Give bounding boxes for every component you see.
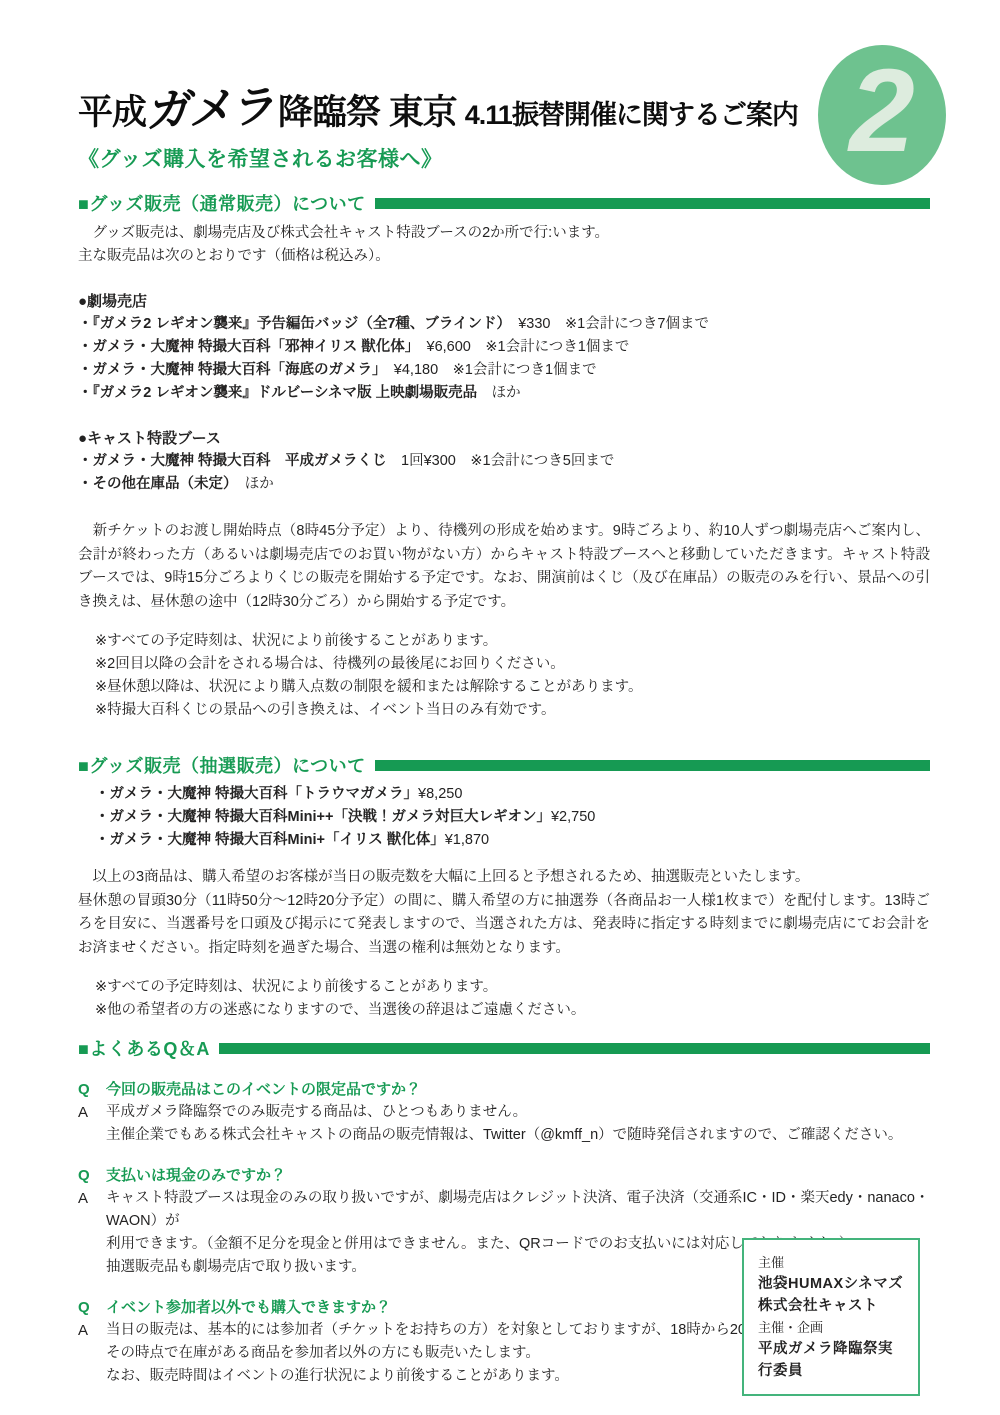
lottery-paragraph: 以上の3商品は、購入希望のお客様が当日の販売数を大幅に上回ると予想されるため、抽… (78, 866, 930, 960)
venue-label-theater-shop: ●劇場売店 (78, 291, 930, 313)
venue-label-cast-booth: ●キャスト特設ブース (78, 428, 930, 450)
audience-note: 《グッズ購入を希望されるお客様へ》 (78, 143, 930, 173)
title-prefix: 平成 (78, 93, 146, 132)
product-item: ・ガメラ・大魔神 特撮大百科Mini++「決戦！ガメラ対巨大レギオン」¥2,75… (95, 806, 930, 829)
answer-line: キャスト特設ブースは現金のみの取り扱いですが、劇場売店はクレジット決済、電子決済… (106, 1187, 930, 1233)
product-item: ・『ガメラ2 レギオン襲来』ドルビーシネマ版 上映劇場販売品 ほか (78, 382, 930, 405)
lottery-items: ・ガメラ・大魔神 特撮大百科「トラウマガメラ」¥8,250 ・ガメラ・大魔神 特… (95, 783, 930, 852)
product-name: ・ガメラ・大魔神 特撮大百科Mini++「決戦！ガメラ対巨大レギオン」 (95, 809, 551, 825)
organizer-name: 株式会社キャスト (758, 1295, 906, 1317)
product-item: ・『ガメラ2 レギオン襲来』予告編缶バッジ（全7種、ブラインド） ¥330 ※1… (78, 313, 930, 336)
product-detail: 1回¥300 ※1会計につき5回まで (387, 453, 615, 469)
q-marker: Q (78, 1078, 106, 1101)
product-detail: ¥4,180 ※1会計につき1個まで (379, 362, 596, 378)
title-note: 4.11振替開催に関するご案内 (465, 100, 798, 130)
product-name: ・ガメラ・大魔神 特撮大百科Mini+「イリス 獣化体」 (95, 832, 445, 848)
a-marker: A (78, 1187, 106, 1279)
answer-text: 平成ガメラ降臨祭でのみ販売する商品は、ひとつもありません。 主催企業でもある株式… (106, 1101, 930, 1147)
intro-line: 主な販売品は次のとおりです（価格は税込み）。 (78, 245, 930, 268)
note-line: ※昼休憩以降は、状況により購入点数の制限を緩和または解除することがあります。 (95, 676, 930, 699)
note-line: ※他の希望者の方の迷惑になりますので、当選後の辞退はご遠慮ください。 (95, 999, 930, 1022)
product-detail: ¥6,600 ※1会計につき1個まで (412, 339, 629, 355)
cast-booth-items: ・ガメラ・大魔神 特撮大百科 平成ガメラくじ 1回¥300 ※1会計につき5回ま… (78, 450, 930, 496)
page-number: 2 (849, 52, 915, 170)
section-heading-text: ■グッズ販売（通常販売）について (78, 190, 366, 216)
flyer-page: { "colors": { "accent_green": "#169a53",… (0, 0, 1000, 1415)
note-line: ※すべての予定時刻は、状況により前後することがあります。 (95, 630, 930, 653)
heading-rule-bar (219, 1043, 930, 1054)
organizer-label-host: 主催 (758, 1252, 906, 1273)
question-row: Q 今回の販売品はこのイベントの限定品ですか？ (78, 1078, 930, 1101)
product-name: ・『ガメラ2 レギオン襲来』予告編缶バッジ（全7種、ブラインド） (78, 316, 504, 332)
organizer-committee: 平成ガメラ降臨祭実行委員 (758, 1338, 906, 1382)
answer-line: 平成ガメラ降臨祭でのみ販売する商品は、ひとつもありません。 (106, 1101, 930, 1124)
heading-rule-bar (375, 760, 930, 771)
section-heading-lottery-sales: ■グッズ販売（抽選販売）について (78, 752, 930, 778)
note-line: ※特撮大百科くじの景品への引き換えは、イベント当日のみ有効です。 (95, 699, 930, 722)
product-name: ・ガメラ・大魔神 特撮大百科「トラウマガメラ」 (95, 786, 418, 802)
q-marker: Q (78, 1296, 106, 1319)
theater-shop-items: ・『ガメラ2 レギオン襲来』予告編缶バッジ（全7種、ブラインド） ¥330 ※1… (78, 313, 930, 405)
qa-item: Q 今回の販売品はこのイベントの限定品ですか？ A 平成ガメラ降臨祭でのみ販売す… (78, 1078, 930, 1147)
product-name: ・ガメラ・大魔神 特撮大百科「邪神イリス 獣化体」 (78, 339, 412, 355)
answer-row: A 平成ガメラ降臨祭でのみ販売する商品は、ひとつもありません。 主催企業でもある… (78, 1101, 930, 1147)
product-item: ・その他在庫品（未定） ほか (78, 473, 930, 496)
lottery-paragraph-line: 昼休憩の冒頭30分（11時50分〜12時20分予定）の間に、購入希望の方に抽選券… (78, 890, 930, 961)
product-item: ・ガメラ・大魔神 特撮大百科「海底のガメラ」 ¥4,180 ※1会計につき1個ま… (78, 359, 930, 382)
note-line: ※すべての予定時刻は、状況により前後することがあります。 (95, 976, 930, 999)
schedule-paragraph: 新チケットのお渡し開始時点（8時45分予定）より、待機列の形成を始めます。9時ご… (78, 520, 930, 614)
lottery-paragraph-line: 以上の3商品は、購入希望のお客様が当日の販売数を大幅に上回ると予想されるため、抽… (78, 866, 930, 890)
product-item: ・ガメラ・大魔神 特撮大百科Mini+「イリス 獣化体」¥1,870 (95, 829, 930, 852)
normal-sales-intro: グッズ販売は、劇場売店及び株式会社キャスト特設ブースの2か所で行:います。 主な… (78, 222, 930, 268)
a-marker: A (78, 1101, 106, 1147)
a-marker: A (78, 1319, 106, 1388)
answer-line: 主催企業でもある株式会社キャストの商品の販売情報は、Twitter（@kmff_… (106, 1124, 930, 1147)
product-item: ・ガメラ・大魔神 特撮大百科「邪神イリス 獣化体」 ¥6,600 ※1会計につき… (78, 336, 930, 359)
product-detail: ほか (477, 385, 521, 401)
heading-rule-bar (375, 198, 930, 209)
event-title: 平成ガメラ降臨祭 東京4.11振替開催に関するご案内 (78, 82, 930, 136)
title-logo: ガメラ (145, 80, 279, 138)
product-name: ・『ガメラ2 レギオン襲来』ドルビーシネマ版 上映劇場販売品 (78, 385, 477, 401)
product-name: ・ガメラ・大魔神 特撮大百科「海底のガメラ」 (78, 362, 379, 378)
product-item: ・ガメラ・大魔神 特撮大百科 平成ガメラくじ 1回¥300 ※1会計につき5回ま… (78, 450, 930, 473)
product-detail: ¥2,750 (551, 809, 595, 825)
q-marker: Q (78, 1164, 106, 1187)
note-line: ※2回目以降の会計をされる場合は、待機列の最後尾にお回りください。 (95, 653, 930, 676)
section-heading-qa: ■よくあるQ＆A (78, 1035, 930, 1061)
page-content: 平成ガメラ降臨祭 東京4.11振替開催に関するご案内 《グッズ購入を希望されるお… (78, 82, 930, 1388)
question-text: 支払いは現金のみですか？ (106, 1164, 286, 1187)
organizer-label-planning: 主催・企画 (758, 1317, 906, 1338)
normal-sales-notes: ※すべての予定時刻は、状況により前後することがあります。 ※2回目以降の会計をさ… (95, 630, 930, 722)
product-item: ・ガメラ・大魔神 特撮大百科「トラウマガメラ」¥8,250 (95, 783, 930, 806)
product-detail: ¥330 ※1会計につき7個まで (504, 316, 709, 332)
product-detail: ¥8,250 (418, 786, 462, 802)
organizer-box: 主催 池袋HUMAXシネマズ 株式会社キャスト 主催・企画 平成ガメラ降臨祭実行… (742, 1238, 920, 1396)
question-row: Q 支払いは現金のみですか？ (78, 1164, 930, 1187)
lottery-notes: ※すべての予定時刻は、状況により前後することがあります。 ※他の希望者の方の迷惑… (95, 976, 930, 1022)
organizer-name: 池袋HUMAXシネマズ (758, 1273, 906, 1295)
section-heading-text: ■よくあるQ＆A (78, 1035, 210, 1061)
product-name: ・その他在庫品（未定） (78, 476, 230, 492)
intro-line: グッズ販売は、劇場売店及び株式会社キャスト特設ブースの2か所で行:います。 (78, 222, 930, 245)
product-detail: ほか (230, 476, 274, 492)
question-text: イベント参加者以外でも購入できますか？ (106, 1296, 391, 1319)
title-suffix: 降臨祭 東京 (278, 93, 457, 132)
product-name: ・ガメラ・大魔神 特撮大百科 平成ガメラくじ (78, 453, 387, 469)
product-detail: ¥1,870 (445, 832, 489, 848)
section-heading-normal-sales: ■グッズ販売（通常販売）について (78, 190, 930, 216)
section-heading-text: ■グッズ販売（抽選販売）について (78, 752, 366, 778)
question-text: 今回の販売品はこのイベントの限定品ですか？ (106, 1078, 421, 1101)
page-number-badge: 2 (818, 45, 946, 185)
